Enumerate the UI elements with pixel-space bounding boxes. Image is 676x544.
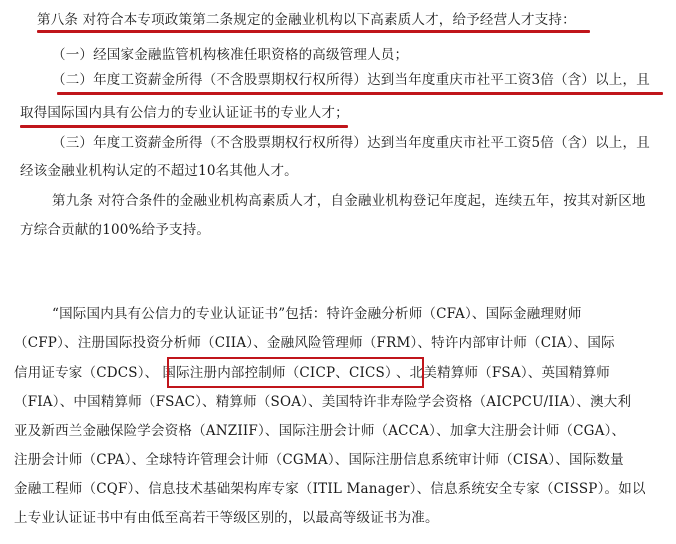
cert-line-2: （CFP）、注册国际投资分析师（CIIA）、金融风险管理师（FRM）、特许内部审… (14, 334, 615, 352)
article8-item1: （一）经国家金融监管机构核准任职资格的高级管理人员； (52, 46, 408, 64)
cert-line-7: 金融工程师（CQF）、信息技术基础架构库专家（ITIL Manager）、信息系… (14, 480, 646, 498)
highlight-box-cicp (167, 357, 424, 388)
cert-line-1: “国际国内具有公信力的专业认证证书”包括：特许金融分析师（CFA）、国际金融理财… (52, 305, 582, 323)
cert-line-5: 亚及新西兰金融保险学会资格（ANZIIF）、国际注册会计师（ACCA）、加拿大注… (14, 422, 625, 440)
article8-item3-line1: （三）年度工资薪金所得（不含股票期权行权所得）达到当年度重庆市社平工资5倍（含）… (52, 134, 650, 152)
article9-line1: 第九条 对符合条件的金融业机构高素质人才，自金融业机构登记年度起，连续五年，按其… (52, 192, 646, 210)
highlight-underline-article8 (37, 30, 590, 33)
cert-line-4: （FIA）、中国精算师（FSAC）、精算师（SOA）、美国特许非寿险学会资格（A… (14, 393, 631, 411)
highlight-underline-item2-line1 (57, 92, 663, 95)
article8-item2-line2: 取得国际国内具有公信力的专业认证证书的专业人才； (20, 104, 349, 122)
article8-item3-line2: 经该金融业机构认定的不超过10名其他人才。 (20, 162, 298, 180)
article8-title: 第八条 对符合本专项政策第二条规定的金融业机构以下高素质人才，给予经营人才支持： (37, 11, 576, 29)
cert-line-8: 上专业认证证书中有由低至高若干等级区别的，以最高等级证书为准。 (14, 509, 439, 527)
cert-line-3-head: 信用证专家（CDCS）、 (14, 365, 158, 381)
article9-line2: 方综合贡献的100%给予支持。 (20, 221, 210, 239)
cert-line-3-tail: 、北美精算师（FSA）、英国精算师 (396, 365, 610, 381)
highlight-underline-item2-line2 (20, 125, 348, 128)
article8-item2-line1: （二）年度工资薪金所得（不含股票期权行权所得）达到当年度重庆市社平工资3倍（含）… (52, 71, 650, 89)
cert-line-6: 注册会计师（CPA）、全球特许管理会计师（CGMA）、国际注册信息系统审计师（C… (14, 451, 624, 469)
